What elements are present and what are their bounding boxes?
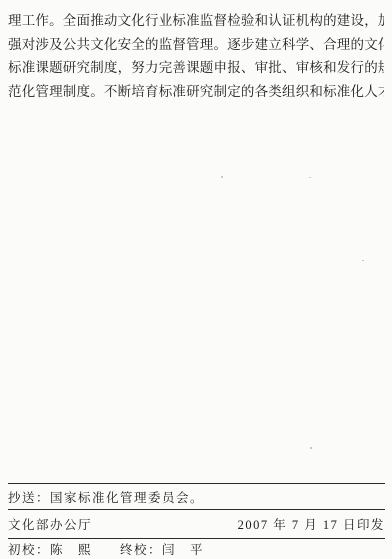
cc-text: 抄送：国家标准化管理委员会。	[8, 488, 204, 506]
paragraph-line: 标准课题研究制度，努力完善课题申报、审批、审核和发行的规	[8, 56, 384, 80]
paragraph-line: 理工作。全面推动文化行业标准监督检验和认证机构的建设，加	[8, 9, 384, 33]
footer-block: 抄送：国家标准化管理委员会。 文化部办公厅 2007 年 7 月 17 日印发 …	[8, 483, 385, 559]
paragraph-line: 范化管理制度。不断培育标准研究制定的各类组织和标准化人才。	[8, 80, 384, 104]
print-date: 2007 年 7 月 17 日印发	[238, 515, 385, 533]
cc-row: 抄送：国家标准化管理委员会。	[8, 484, 385, 509]
issuer-name: 文化部办公厅	[8, 515, 92, 533]
issue-row: 文化部办公厅 2007 年 7 月 17 日印发	[8, 510, 385, 538]
scan-speck	[310, 447, 312, 449]
proofread-text: 初校：陈 熙 终校：闫 平	[8, 540, 204, 558]
proofread-row: 初校：陈 熙 终校：闫 平	[8, 539, 385, 559]
paragraph-line: 强对涉及公共文化安全的监督管理。逐步建立科学、合理的文化	[8, 33, 384, 57]
document-page: 理工作。全面推动文化行业标准监督检验和认证机构的建设，加 强对涉及公共文化安全的…	[0, 0, 392, 559]
scan-speck	[221, 176, 223, 178]
body-paragraph: 理工作。全面推动文化行业标准监督检验和认证机构的建设，加 强对涉及公共文化安全的…	[8, 9, 384, 103]
scan-speck	[362, 260, 364, 261]
scan-speck	[309, 177, 311, 178]
